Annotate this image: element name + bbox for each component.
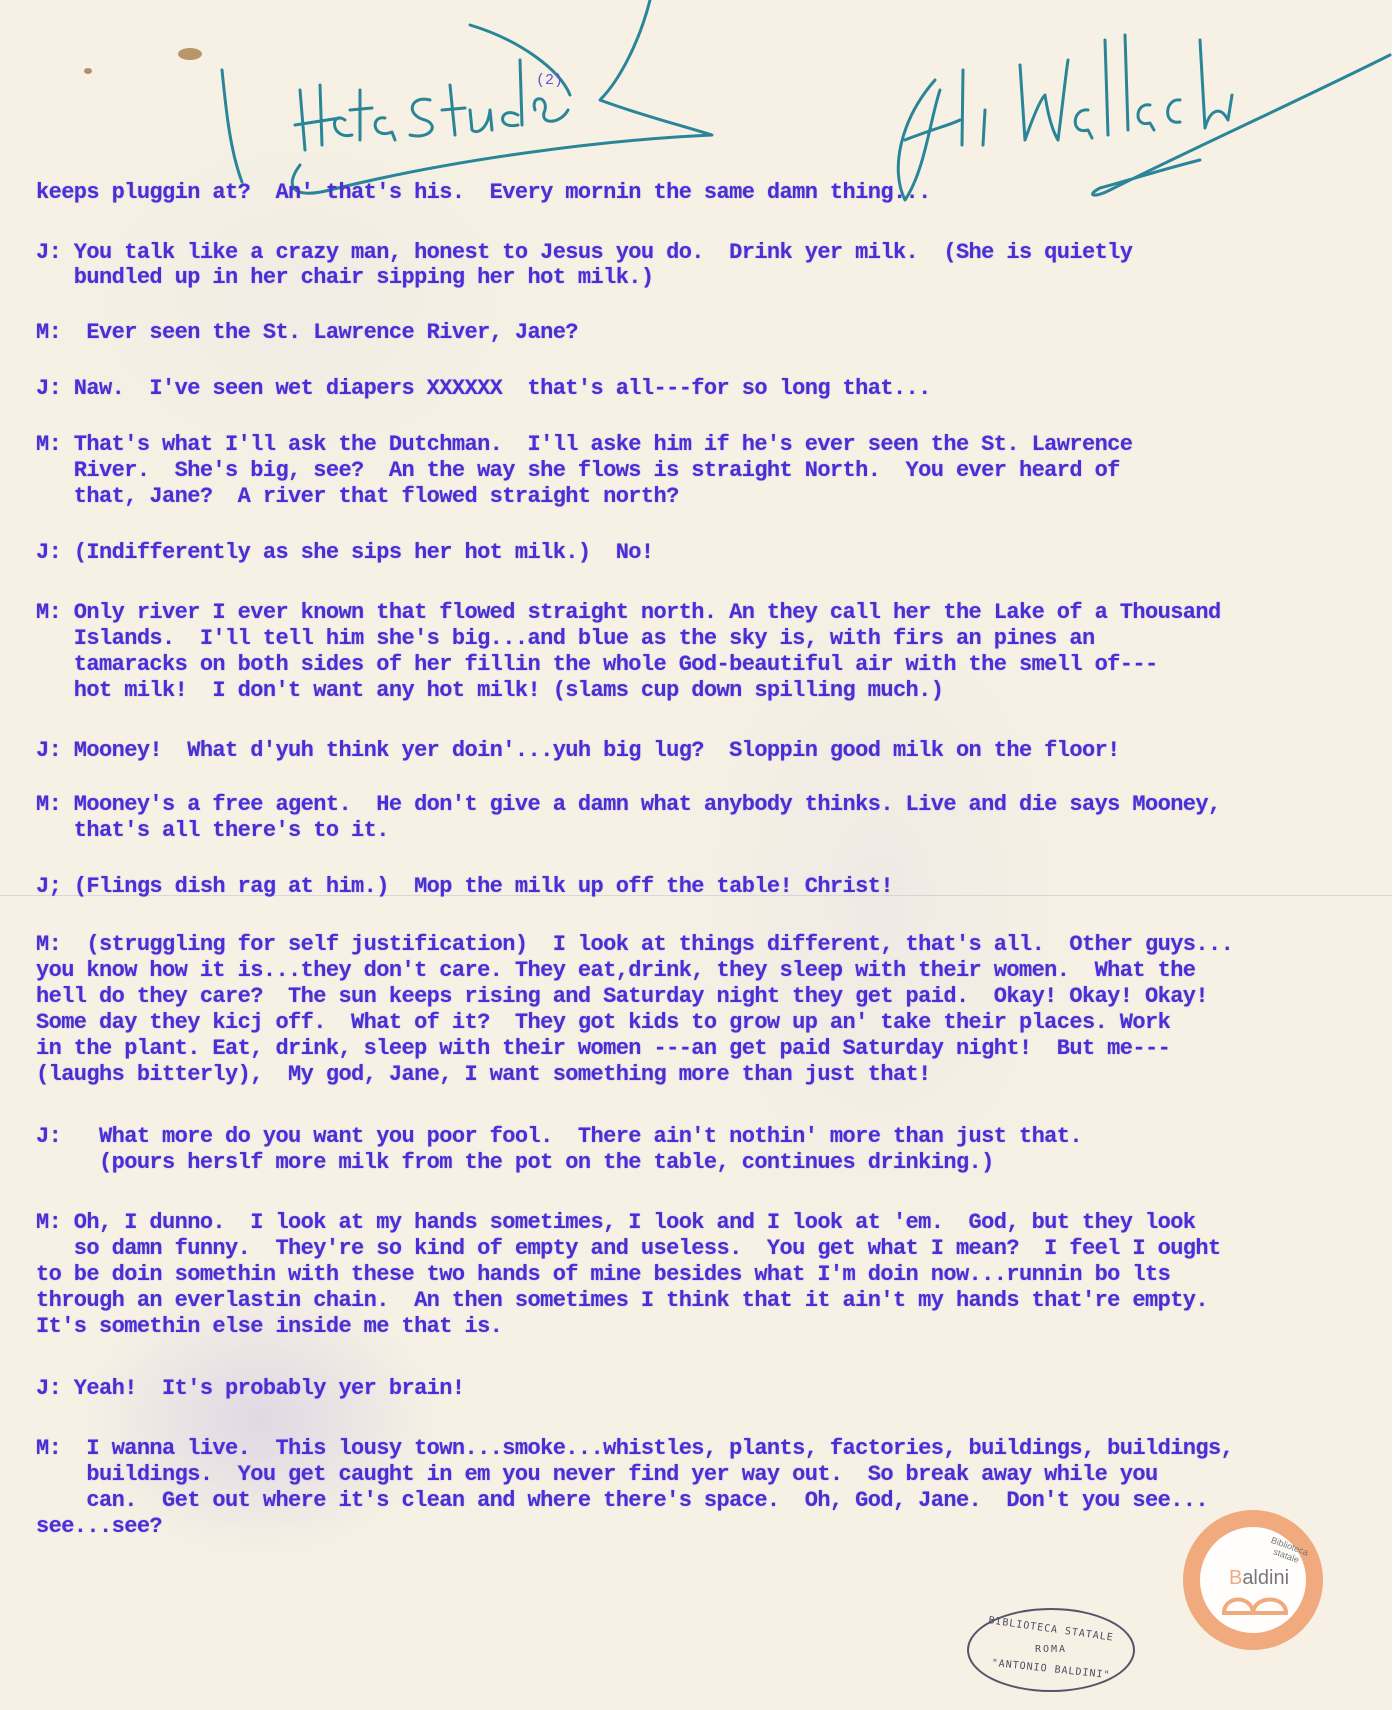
script-line: buildings. You get caught in em you neve… — [36, 1462, 1158, 1487]
script-line: M: Oh, I dunno. I look at my hands somet… — [36, 1210, 1195, 1235]
script-line: J; (Flings dish rag at him.) Mop the mil… — [36, 874, 893, 899]
script-line: River. She's big, see? An the way she fl… — [36, 458, 1120, 483]
script-line: J: (Indifferently as she sips her hot mi… — [36, 540, 654, 565]
script-line: J: You talk like a crazy man, honest to … — [36, 240, 1132, 265]
script-line: in the plant. Eat, drink, sleep with the… — [36, 1036, 1170, 1061]
script-line: so damn funny. They're so kind of empty … — [36, 1236, 1221, 1261]
script-line: Islands. I'll tell him she's big...and b… — [36, 626, 1095, 651]
script-line: J: Yeah! It's probably yer brain! — [36, 1376, 464, 1401]
script-line: that's all there's to it. — [36, 818, 389, 843]
script-line: bundled up in her chair sipping her hot … — [36, 265, 654, 290]
handwritten-number-note: (2) — [536, 72, 563, 89]
biblioteca-baldini-logo: Biblioteca statale Baldini — [1183, 1510, 1323, 1650]
library-stamp: BIBLIOTECA STATALE ROMA "ANTONIO BALDINI… — [967, 1608, 1135, 1692]
script-line: through an everlastin chain. An then som… — [36, 1288, 1208, 1313]
rust-stain — [84, 68, 92, 74]
script-line: to be doin somethin with these two hands… — [36, 1262, 1170, 1287]
script-line: see...see? — [36, 1514, 162, 1539]
script-line: M: Only river I ever known that flowed s… — [36, 600, 1221, 625]
script-line: hot milk! I don't want any hot milk! (sl… — [36, 678, 943, 703]
script-line: M: I wanna live. This lousy town...smoke… — [36, 1436, 1233, 1461]
script-line: can. Get out where it's clean and where … — [36, 1488, 1208, 1513]
script-line: M: Mooney's a free agent. He don't give … — [36, 792, 1221, 817]
script-line: J: What more do you want you poor fool. … — [36, 1124, 1082, 1149]
script-line: Some day they kicj off. What of it? They… — [36, 1010, 1170, 1035]
script-line: M: That's what I'll ask the Dutchman. I'… — [36, 432, 1132, 457]
logo-name: Baldini — [1214, 1567, 1304, 1590]
script-line: keeps pluggin at? An' that's his. Every … — [36, 180, 931, 205]
script-line: hell do they care? The sun keeps rising … — [36, 984, 1208, 1009]
script-line: (laughs bitterly), My god, Jane, I want … — [36, 1062, 931, 1087]
script-line: (pours herslf more milk from the pot on … — [36, 1150, 994, 1175]
script-line: It's somethin else inside me that is. — [36, 1314, 502, 1339]
script-line: M: Ever seen the St. Lawrence River, Jan… — [36, 320, 578, 345]
open-book-icon — [1222, 1591, 1288, 1615]
script-line: you know how it is...they don't care. Th… — [36, 958, 1195, 983]
logo-subtitle: Biblioteca statale — [1256, 1531, 1319, 1570]
script-line: J: Naw. I've seen wet diapers XXXXXX tha… — [36, 376, 931, 401]
script-line: M: (struggling for self justification) I… — [36, 932, 1233, 957]
script-line: that, Jane? A river that flowed straight… — [36, 484, 679, 509]
script-line: J: Mooney! What d'yuh think yer doin'...… — [36, 738, 1120, 763]
document-page: (2) keeps pluggin at? An' that's his. Ev… — [0, 0, 1392, 1710]
script-line: tamaracks on both sides of her fillin th… — [36, 652, 1158, 677]
rust-stain — [178, 48, 202, 60]
